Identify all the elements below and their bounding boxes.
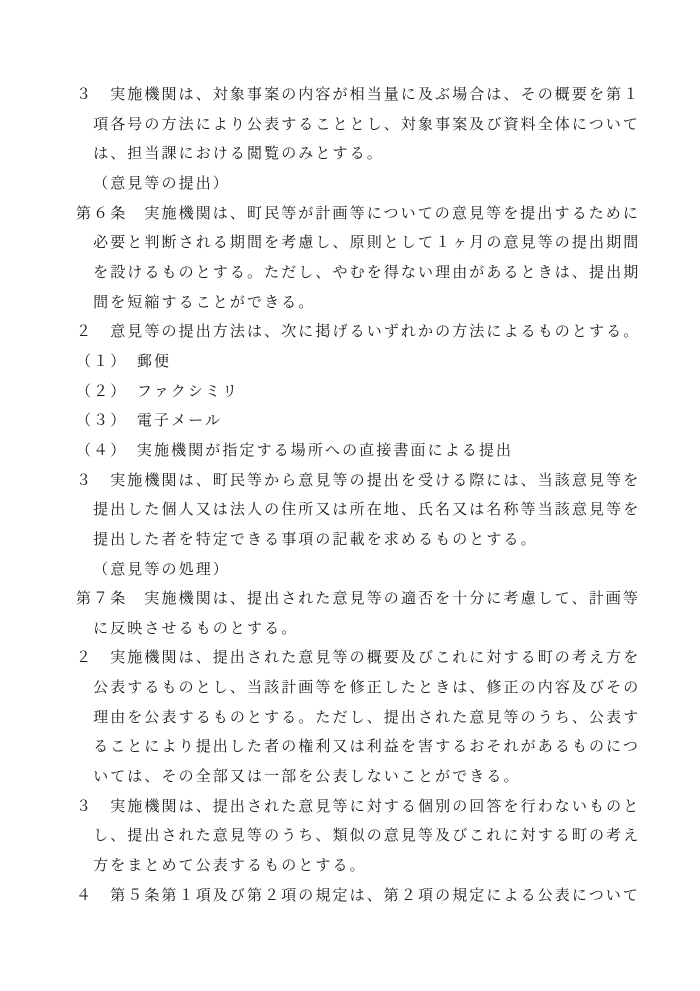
doc-line: いては、その全部又は一部を公表しないことができる。 — [76, 763, 651, 793]
doc-list-item: （４） 実施機関が指定する場所への直接書面による提出 — [76, 437, 651, 467]
doc-line-article-7: 第７条 実施機関は、提出された意見等の適否を十分に考慮して、計画等 — [76, 585, 651, 615]
doc-line: に反映させるものとする。 — [76, 615, 651, 645]
doc-line: ３ 実施機関は、提出された意見等に対する個別の回答を行わないものと — [76, 793, 651, 823]
doc-line: ３ 実施機関は、町民等から意見等の提出を受ける際には、当該意見等を — [76, 467, 651, 497]
doc-line: ３ 実施機関は、対象事案の内容が相当量に及ぶ場合は、その概要を第１ — [76, 81, 651, 111]
doc-line: 提出した個人又は法人の住所又は所在地、氏名又は名称等当該意見等を — [76, 496, 651, 526]
doc-line: 項各号の方法により公表することとし、対象事案及び資料全体について — [76, 111, 651, 141]
doc-section-heading: （意見等の処理） — [76, 556, 651, 586]
document-body: ３ 実施機関は、対象事案の内容が相当量に及ぶ場合は、その概要を第１ 項各号の方法… — [76, 81, 651, 911]
doc-line: ４ 第５条第１項及び第２項の規定は、第２項の規定による公表について — [76, 882, 651, 912]
doc-line: 方をまとめて公表するものとする。 — [76, 852, 651, 882]
doc-line: ２ 意見等の提出方法は、次に掲げるいずれかの方法によるものとする。 — [76, 318, 651, 348]
doc-section-heading: （意見等の提出） — [76, 170, 651, 200]
doc-line: 理由を公表するものとする。ただし、提出された意見等のうち、公表す — [76, 704, 651, 734]
doc-line: 公表するものとし、当該計画等を修正したときは、修正の内容及びその — [76, 674, 651, 704]
doc-list-item: （１） 郵便 — [76, 348, 651, 378]
doc-line: は、担当課における閲覧のみとする。 — [76, 140, 651, 170]
doc-line: 提出した者を特定できる事項の記載を求めるものとする。 — [76, 526, 651, 556]
doc-line: 必要と判断される期間を考慮し、原則として１ヶ月の意見等の提出期間 — [76, 229, 651, 259]
doc-list-item: （３） 電子メール — [76, 407, 651, 437]
doc-line: を設けるものとする。ただし、やむを得ない理由があるときは、提出期 — [76, 259, 651, 289]
document-page: ３ 実施機関は、対象事案の内容が相当量に及ぶ場合は、その概要を第１ 項各号の方法… — [0, 0, 700, 991]
doc-line: ２ 実施機関は、提出された意見等の概要及びこれに対する町の考え方を — [76, 644, 651, 674]
doc-list-item: （２） ファクシミリ — [76, 378, 651, 408]
doc-line-article-6: 第６条 実施機関は、町民等が計画等についての意見等を提出するために — [76, 200, 651, 230]
doc-line: 間を短縮することができる。 — [76, 289, 651, 319]
doc-line: し、提出された意見等のうち、類似の意見等及びこれに対する町の考え — [76, 822, 651, 852]
doc-line: ることにより提出した者の権利又は利益を害するおそれがあるものにつ — [76, 733, 651, 763]
